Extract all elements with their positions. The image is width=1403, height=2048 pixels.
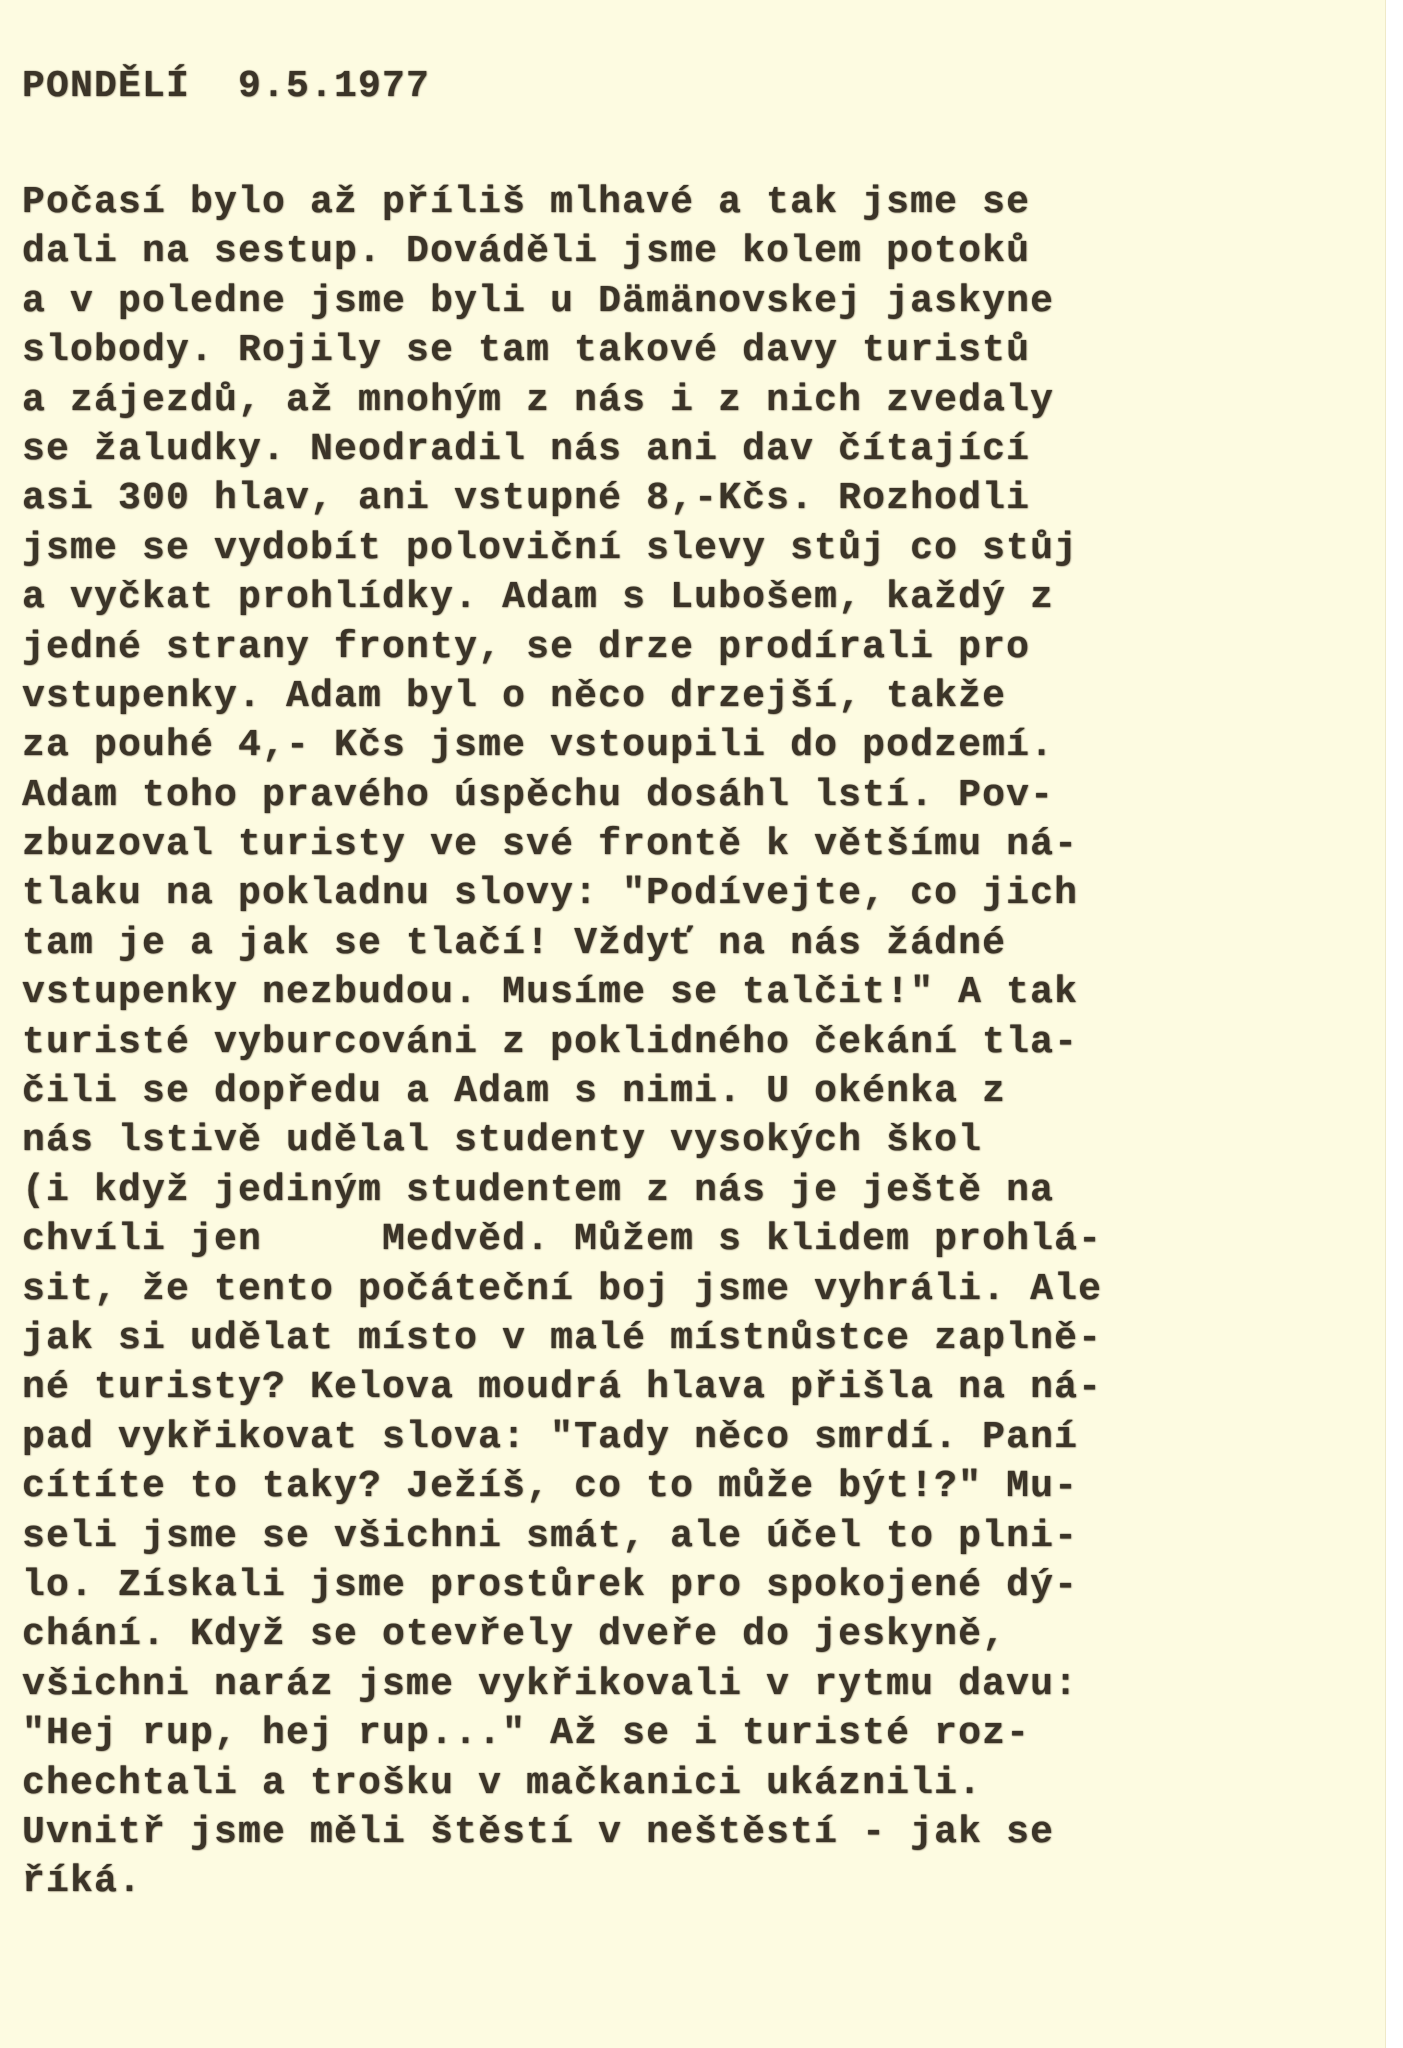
text-line: tam je a jak se tlačí! Vždyť na nás žádn… xyxy=(22,919,1102,968)
text-line: chání. Když se otevřely dveře do jeskyně… xyxy=(22,1610,1102,1659)
page-text-block: PONDĚLÍ 9.5.1977 Počasí bylo až příliš m… xyxy=(22,64,1102,1907)
text-line: vstupenky. Adam byl o něco drzejší, takž… xyxy=(22,672,1102,721)
text-line: chvíli jen Medvěd. Můžem s klidem prohlá… xyxy=(22,1215,1102,1264)
text-line: říká. xyxy=(22,1857,1102,1906)
text-line: "Hej rup, hej rup..." Až se i turisté ro… xyxy=(22,1709,1102,1758)
text-line: lo. Získali jsme prostůrek pro spokojené… xyxy=(22,1561,1102,1610)
text-line: jsme se vydobít poloviční slevy stůj co … xyxy=(22,524,1102,573)
text-line: cítíte to taky? Ježíš, co to může být!?"… xyxy=(22,1462,1102,1511)
text-line: čili se dopředu a Adam s nimi. U okénka … xyxy=(22,1067,1102,1116)
text-line: sit, že tento počáteční boj jsme vyhráli… xyxy=(22,1265,1102,1314)
text-line: zbuzoval turisty ve své frontě k většímu… xyxy=(22,820,1102,869)
text-line: asi 300 hlav, ani vstupné 8,-Kčs. Rozhod… xyxy=(22,474,1102,523)
text-line: jedné strany fronty, se drze prodírali p… xyxy=(22,623,1102,672)
text-line: tlaku na pokladnu slovy: "Podívejte, co … xyxy=(22,869,1102,918)
text-line: Adam toho pravého úspěchu dosáhl lstí. P… xyxy=(22,771,1102,820)
text-line: pad vykřikovat slova: "Tady něco smrdí. … xyxy=(22,1413,1102,1462)
text-line: chechtali a trošku v mačkanici ukáznili. xyxy=(22,1759,1102,1808)
text-line: za pouhé 4,- Kčs jsme vstoupili do podze… xyxy=(22,721,1102,770)
text-line: a vyčkat prohlídky. Adam s Lubošem, každ… xyxy=(22,573,1102,622)
text-line: Počasí bylo až příliš mlhavé a tak jsme … xyxy=(22,178,1102,227)
body-text: Počasí bylo až příliš mlhavé a tak jsme … xyxy=(22,178,1102,1907)
text-line: a zájezdů, až mnohým z nás i z nich zved… xyxy=(22,376,1102,425)
text-line: a v poledne jsme byli u Dämänovskej jask… xyxy=(22,277,1102,326)
text-line: jak si udělat místo v malé místnůstce za… xyxy=(22,1314,1102,1363)
text-line: se žaludky. Neodradil nás ani dav čítají… xyxy=(22,425,1102,474)
page-heading-date: PONDĚLÍ 9.5.1977 xyxy=(22,64,1102,110)
text-line: Uvnitř jsme měli štěstí v neštěstí - jak… xyxy=(22,1808,1102,1857)
text-line: turisté vyburcováni z poklidného čekání … xyxy=(22,1018,1102,1067)
text-line: slobody. Rojily se tam takové davy turis… xyxy=(22,326,1102,375)
text-line: vstupenky nezbudou. Musíme se talčit!" A… xyxy=(22,968,1102,1017)
text-line: (i když jediným studentem z nás je ještě… xyxy=(22,1166,1102,1215)
text-line: nás lstivě udělal studenty vysokých škol xyxy=(22,1116,1102,1165)
text-line: dali na sestup. Dováděli jsme kolem poto… xyxy=(22,227,1102,276)
text-line: né turisty? Kelova moudrá hlava přišla n… xyxy=(22,1363,1102,1412)
text-line: všichni naráz jsme vykřikovali v rytmu d… xyxy=(22,1660,1102,1709)
text-line: seli jsme se všichni smát, ale účel to p… xyxy=(22,1512,1102,1561)
typewritten-page: PONDĚLÍ 9.5.1977 Počasí bylo až příliš m… xyxy=(0,0,1386,2048)
